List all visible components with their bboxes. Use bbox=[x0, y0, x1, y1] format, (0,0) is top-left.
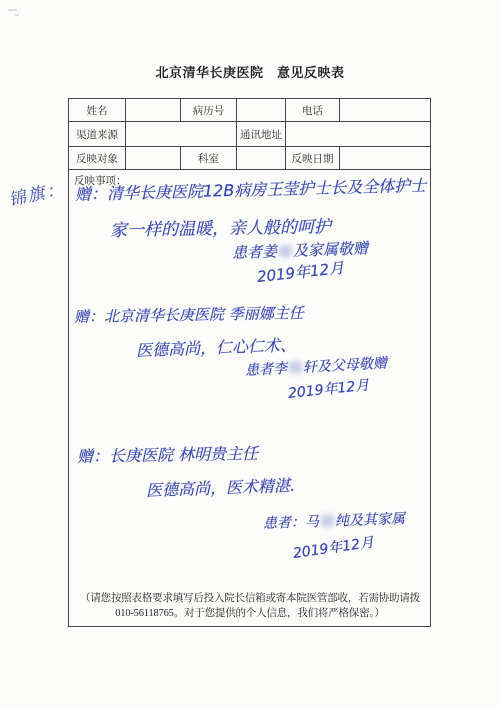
table-row: 反映事项： 赠：清华长庚医院12B病房王莹护士长及全体护士 家一样的温暖，亲人般… bbox=[69, 170, 431, 627]
feedback-form-table: 姓名 病历号 电话 渠道来源 通讯地址 反映对象 科室 反映日期 反映事项： bbox=[68, 98, 431, 627]
scanned-feedback-form: 北京清华长庚医院 意见反映表 锦旗： 姓名 病历号 电话 渠道来源 通讯地址 反… bbox=[0, 0, 500, 707]
department-value-cell bbox=[237, 147, 286, 170]
footer-instructions-line1: （请您按照表格要求填写后投入院长信箱或寄本院医管部收，若需协助请拨 bbox=[75, 591, 425, 607]
handwriting-banner1-line2: 家一样的温暖，亲人般的呵护 bbox=[110, 212, 331, 241]
redacted-name bbox=[321, 515, 334, 527]
medical-record-no-value-cell bbox=[237, 99, 286, 122]
margin-annotation-banner: 锦旗： bbox=[6, 174, 67, 210]
phone-label: 电话 bbox=[286, 99, 340, 122]
handwriting-banner1-signature: 患者姜及家属敬赠 bbox=[232, 237, 369, 263]
handwriting-banner2-line2: 医德高尚，仁心仁术、 bbox=[136, 332, 297, 361]
signature-text: 患者李 bbox=[245, 361, 288, 379]
feedback-date-value-cell bbox=[340, 147, 431, 170]
redacted-name bbox=[289, 361, 303, 374]
feedback-items-cell: 反映事项： 赠：清华长庚医院12B病房王莹护士长及全体护士 家一样的温暖，亲人般… bbox=[69, 170, 431, 627]
handwriting-banner3-date: 2019年12月 bbox=[292, 532, 375, 563]
signature-text: 轩及父母敬赠 bbox=[303, 356, 388, 376]
signature-text: 患者：马 bbox=[263, 514, 320, 532]
table-row: 姓名 病历号 电话 bbox=[69, 99, 431, 122]
scan-artifact bbox=[8, 9, 17, 11]
signature-text: 纯及其家属 bbox=[335, 511, 406, 529]
name-value-cell bbox=[126, 99, 181, 122]
scan-artifact bbox=[15, 14, 19, 16]
phone-value-cell bbox=[340, 99, 431, 122]
medical-record-no-label: 病历号 bbox=[181, 99, 237, 122]
feedback-target-value-cell bbox=[126, 147, 181, 170]
mailing-address-value-cell bbox=[286, 122, 431, 147]
feedback-date-label: 反映日期 bbox=[286, 147, 340, 170]
table-row: 反映对象 科室 反映日期 bbox=[69, 147, 431, 170]
footer-instructions: （请您按照表格要求填写后投入院长信箱或寄本院医管部收，若需协助请拨 010-56… bbox=[75, 591, 425, 623]
feedback-target-label: 反映对象 bbox=[69, 147, 126, 170]
name-label: 姓名 bbox=[69, 99, 126, 122]
signature-text: 患者姜 bbox=[232, 242, 278, 262]
mailing-address-label: 通讯地址 bbox=[237, 122, 286, 147]
handwriting-banner2-line1: 赠：北京清华长庚医院 季丽娜主任 bbox=[74, 302, 304, 327]
channel-source-label: 渠道来源 bbox=[69, 122, 126, 147]
handwriting-banner3-line2: 医德高尚，医术精湛. bbox=[146, 473, 296, 501]
channel-source-value-cell bbox=[126, 122, 237, 147]
handwriting-banner1-line1: 赠：清华长庚医院12B病房王莹护士长及全体护士 bbox=[75, 173, 427, 205]
handwriting-banner3-signature: 患者：马纯及其家属 bbox=[263, 508, 406, 533]
department-label: 科室 bbox=[181, 147, 237, 170]
handwriting-banner2-date: 2019年12月 bbox=[287, 375, 370, 403]
footer-instructions-line2: 010-56118765。对于您提供的个人信息，我们将严格保密。） bbox=[75, 606, 425, 622]
handwriting-banner3-line1: 赠：长庚医院 林明贵主任 bbox=[77, 441, 258, 467]
table-row: 渠道来源 通讯地址 bbox=[69, 122, 431, 147]
redacted-name bbox=[279, 245, 292, 257]
page-title: 北京清华长庚医院 意见反映表 bbox=[0, 62, 500, 81]
signature-text: 及家属敬赠 bbox=[293, 239, 369, 260]
